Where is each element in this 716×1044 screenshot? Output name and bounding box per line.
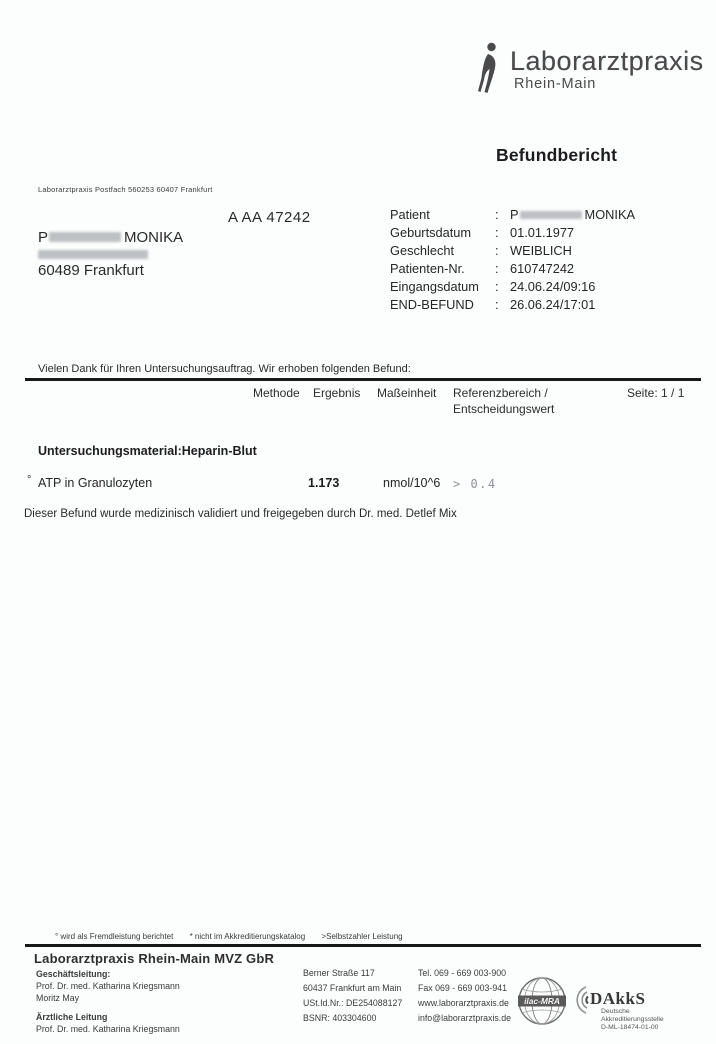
redacted-street-bar (38, 250, 148, 259)
reference-code: A AA 47242 (228, 209, 311, 226)
patient-label: Eingangsdatum (390, 279, 479, 294)
patient-name-prefix: P (510, 207, 519, 222)
dakks-line-akkreditierungsstelle: Akkreditierungsstelle (601, 1016, 664, 1024)
footer-city: 60437 Frankfurt am Main (303, 981, 402, 996)
footer-company-name: Laborarztpraxis Rhein-Main MVZ GbR (34, 951, 274, 966)
header-rule (25, 378, 701, 381)
separator: : (495, 279, 499, 294)
footer-bsnr: BSNR: 403304600 (303, 1011, 402, 1026)
redacted-name-bar (49, 232, 121, 242)
management-heading: Geschäftsleitung: (36, 968, 180, 980)
spacer (36, 1004, 180, 1011)
separator: : (495, 243, 499, 258)
material-heading: Untersuchungsmaterial:Heparin-Blut (38, 444, 257, 458)
patient-value: WEIBLICH (510, 243, 572, 258)
patient-value: 610747242 (510, 261, 574, 276)
dakks-line-deutsche: Deutsche (601, 1008, 664, 1016)
brand-figure-icon (475, 42, 503, 94)
dakks-arcs-icon (566, 985, 590, 1015)
footer-vat-id: USt.Id.Nr.: DE254088127 (303, 996, 402, 1011)
result-marker: ° (27, 474, 31, 486)
medical-person: Prof. Dr. med. Katharina Kriegsmann (36, 1023, 180, 1035)
column-header-entscheidungswert: Entscheidungswert (453, 402, 554, 416)
recipient-name-prefix: P (38, 229, 48, 246)
recipient-city: 60489 Frankfurt (38, 262, 144, 279)
column-header-masseinheit: Maßeinheit (377, 386, 436, 400)
redacted-patient-name-bar (520, 211, 582, 219)
legend-fremdleistung: ° wird als Fremdleistung berichtet (55, 932, 173, 941)
footer-website: www.laborarztpraxis.de (418, 996, 511, 1011)
sender-line: Laborarztpraxis Postfach 560253 60407 Fr… (38, 185, 213, 194)
management-person: Prof. Dr. med. Katharina Kriegsmann (36, 980, 180, 992)
patient-row: Eingangsdatum : 24.06.24/09:16 (390, 279, 710, 297)
legend-akkreditierung: * nicht im Akkreditierungskatalog (190, 932, 306, 941)
patient-value: 26.06.24/17:01 (510, 297, 595, 312)
separator: : (495, 207, 499, 222)
patient-label: Patienten-Nr. (390, 261, 465, 276)
column-header-methode: Methode (253, 386, 300, 400)
patient-name-suffix: MONIKA (585, 207, 635, 222)
footer-address-block: Berner Straße 117 60437 Frankfurt am Mai… (303, 966, 402, 1026)
footer-email: info@laborarztpraxis.de (418, 1011, 511, 1026)
patient-row: Patient : PMONIKA (390, 207, 710, 225)
footer-contact-block: Tel. 069 - 669 003-900 Fax 069 - 669 003… (418, 966, 511, 1026)
patient-row: Patienten-Nr. : 610747242 (390, 261, 710, 279)
result-value: 1.173 (308, 476, 339, 490)
footer-fax: Fax 069 - 669 003-941 (418, 981, 511, 996)
patient-row: Geschlecht : WEIBLICH (390, 243, 710, 261)
dakks-text-block: Deutsche Akkreditierungsstelle D-ML-1847… (601, 1008, 664, 1032)
lab-report-page: Laborarztpraxis Rhein-Main Befundbericht… (0, 0, 716, 1044)
report-title: Befundbericht (496, 145, 617, 166)
ilac-mra-logo: ilac-MRA (517, 976, 567, 1026)
patient-value: PMONIKA (510, 207, 635, 222)
patient-value: 01.01.1977 (510, 225, 574, 240)
legend-selbstzahler: >Selbstzahler Leistung (321, 932, 402, 941)
separator: : (495, 261, 499, 276)
dakks-line-registration: D-ML-18474-01-00 (601, 1024, 664, 1032)
patient-label: END-BEFUND (390, 297, 474, 312)
footer-phone: Tel. 069 - 669 003-900 (418, 966, 511, 981)
column-header-referenzbereich: Referenzbereich / (453, 386, 548, 400)
brand-name: Laborarztpraxis (510, 46, 704, 77)
management-person: Moritz May (36, 992, 180, 1004)
patient-label: Geburtsdatum (390, 225, 471, 240)
patient-row: END-BEFUND : 26.06.24/17:01 (390, 297, 710, 315)
ilac-mra-label: ilac-MRA (524, 996, 560, 1006)
patient-value: 24.06.24/09:16 (510, 279, 595, 294)
footer-rule (25, 944, 701, 947)
validation-note: Dieser Befund wurde medizinisch validier… (24, 508, 457, 520)
result-test-name: ATP in Granulozyten (38, 476, 152, 490)
recipient-name-suffix: MONIKA (124, 229, 183, 246)
patient-row: Geburtsdatum : 01.01.1977 (390, 225, 710, 243)
medical-heading: Ärztliche Leitung (36, 1011, 180, 1023)
brand-subtitle: Rhein-Main (514, 76, 596, 92)
footer-street: Berner Straße 117 (303, 966, 402, 981)
dakks-label: DAkkS (590, 989, 645, 1009)
page-indicator: Seite: 1 / 1 (627, 386, 684, 400)
footer-management-block: Geschäftsleitung: Prof. Dr. med. Kathari… (36, 968, 180, 1035)
column-header-ergebnis: Ergebnis (313, 386, 360, 400)
intro-text: Vielen Dank für Ihren Untersuchungsauftr… (38, 363, 411, 375)
recipient-name: PMONIKA (38, 229, 183, 246)
result-reference-range: > 0.4 (453, 477, 497, 491)
separator: : (495, 225, 499, 240)
separator: : (495, 297, 499, 312)
patient-label: Patient (390, 207, 430, 222)
patient-label: Geschlecht (390, 243, 454, 258)
footer-legend: ° wird als Fremdleistung berichtet * nic… (55, 932, 417, 941)
result-unit: nmol/10^6 (383, 476, 440, 490)
